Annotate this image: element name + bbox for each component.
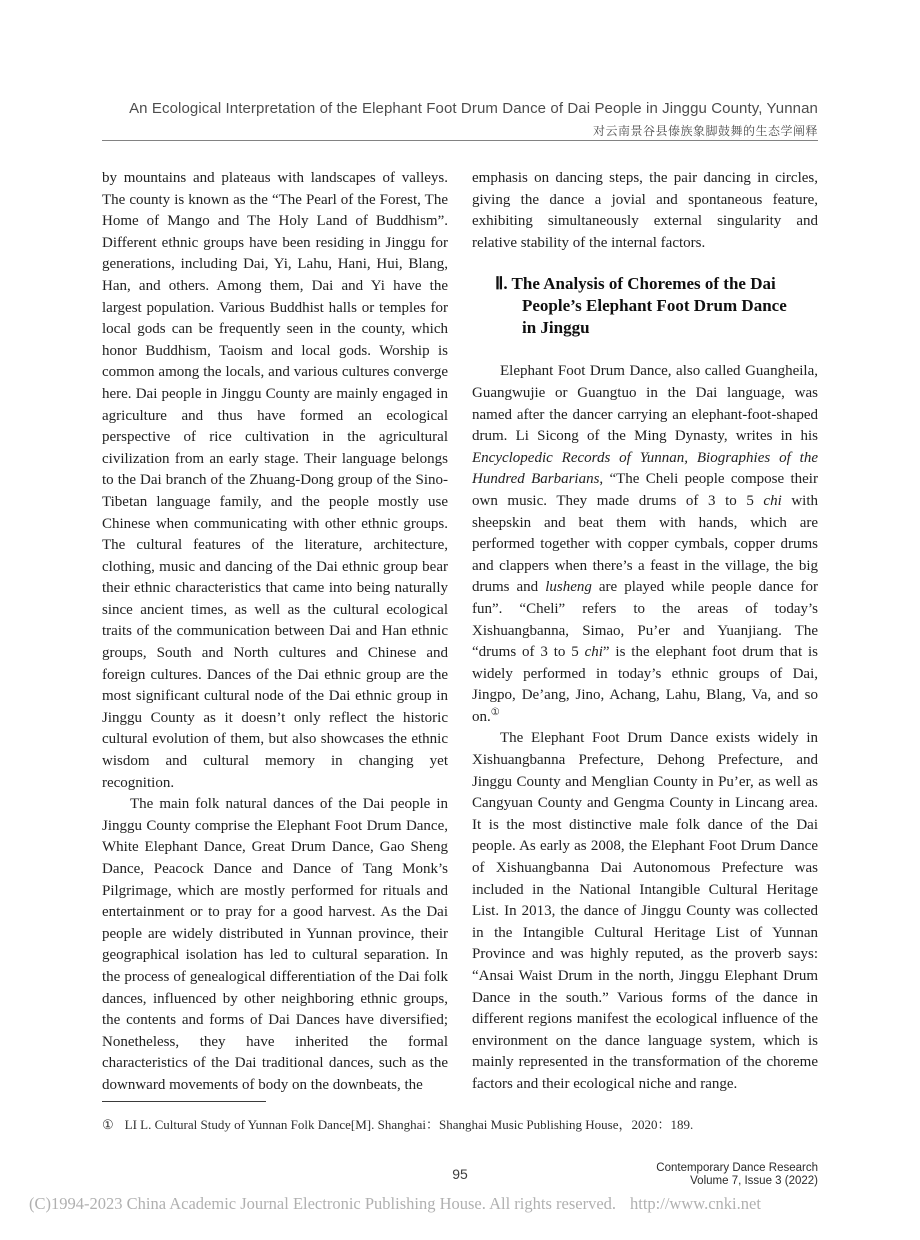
journal-info: Contemporary Dance Research Volume 7, Is…: [656, 1162, 818, 1187]
body-paragraph-continuation: emphasis on dancing steps, the pair danc…: [472, 168, 818, 254]
journal-name: Contemporary Dance Research: [656, 1162, 818, 1175]
paper-page: An Ecological Interpretation of the Elep…: [0, 0, 920, 1240]
section-heading-line: Ⅱ. The Analysis of Choremes of the Dai: [495, 273, 818, 295]
journal-volume-issue: Volume 7, Issue 3 (2022): [656, 1175, 818, 1188]
body-paragraph: Elephant Foot Drum Dance, also called Gu…: [472, 361, 818, 728]
footnote-text: LI L. Cultural Study of Yunnan Folk Danc…: [125, 1117, 694, 1132]
copyright-watermark: (C)1994-2023 China Academic Journal Elec…: [29, 1194, 761, 1214]
section-heading-line: People’s Elephant Foot Drum Dance: [522, 295, 818, 317]
footnote: ①LI L. Cultural Study of Yunnan Folk Dan…: [102, 1116, 822, 1134]
footnote-marker: ①: [102, 1117, 114, 1132]
section-heading-line: in Jinggu: [522, 317, 818, 339]
header-divider: [102, 140, 818, 141]
section-heading: Ⅱ. The Analysis of Choremes of the Dai P…: [472, 273, 818, 339]
body-paragraph-continuation: by mountains and plateaus with landscape…: [102, 168, 448, 794]
footnote-divider: [102, 1101, 266, 1102]
paper-title-english: An Ecological Interpretation of the Elep…: [102, 100, 818, 117]
right-text-column: emphasis on dancing steps, the pair danc…: [472, 168, 818, 1096]
body-paragraph: The main folk natural dances of the Dai …: [102, 794, 448, 1096]
paper-title-chinese: 对云南景谷县傣族象脚鼓舞的生态学阐释: [593, 122, 818, 139]
left-text-column: by mountains and plateaus with landscape…: [102, 168, 448, 1097]
copyright-text: (C)1994-2023 China Academic Journal Elec…: [29, 1194, 616, 1213]
cnki-url: http://www.cnki.net: [630, 1194, 761, 1213]
body-paragraph: The Elephant Foot Drum Dance exists wide…: [472, 728, 818, 1095]
